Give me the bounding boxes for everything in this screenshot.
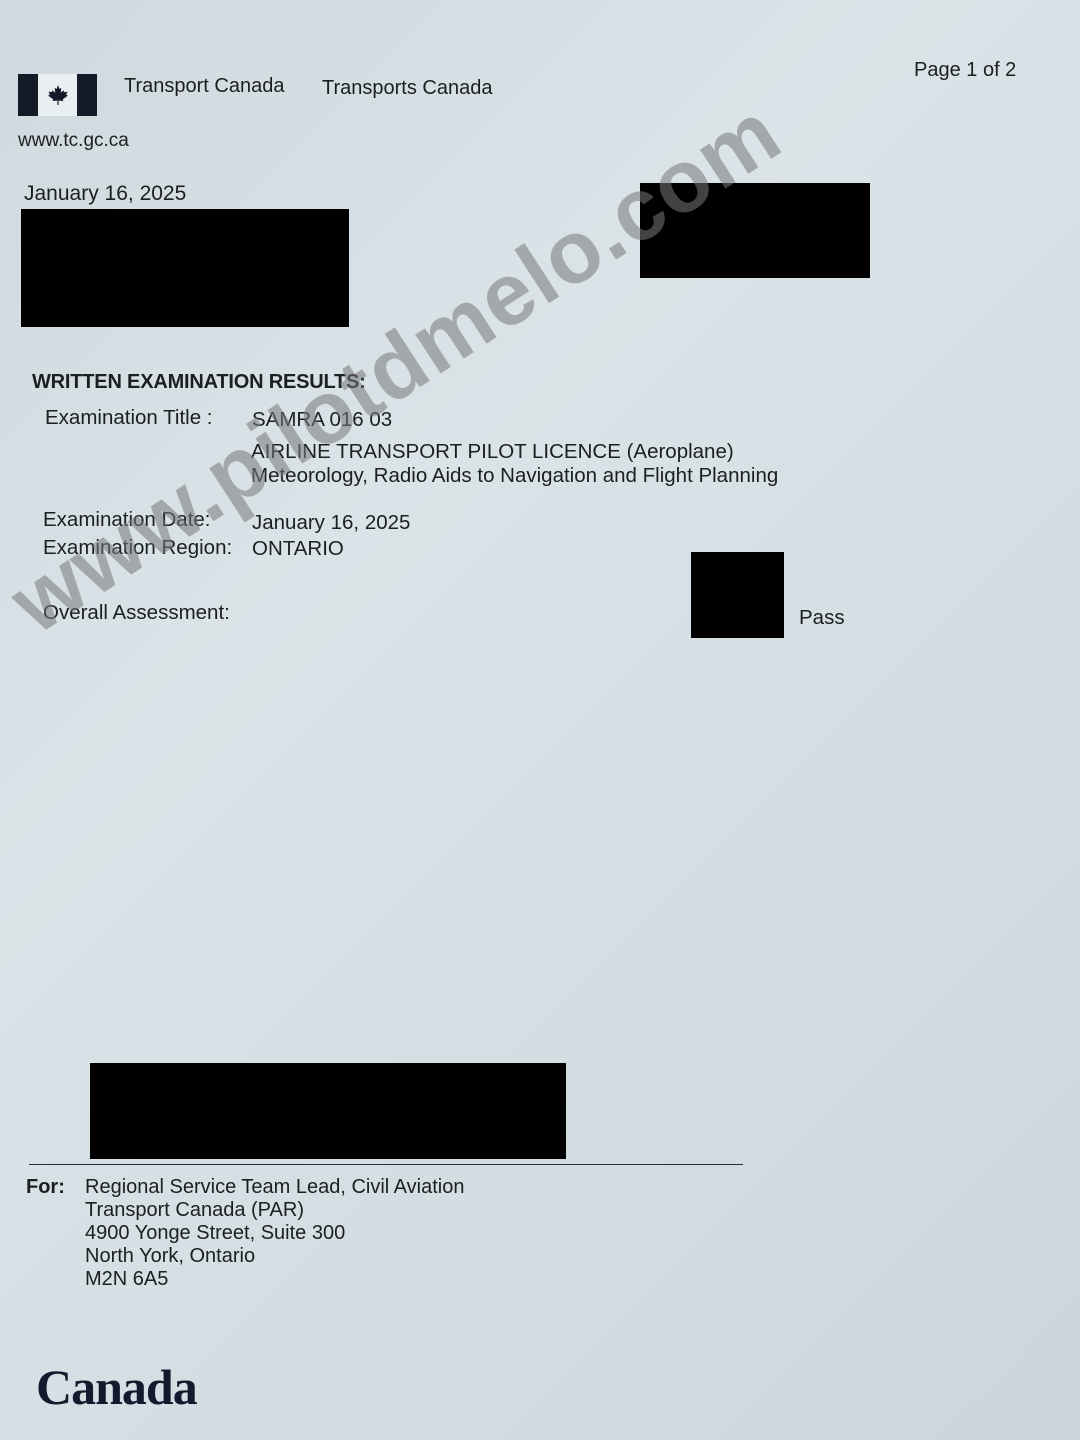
for-label: For:	[26, 1176, 65, 1199]
exam-title-label: Examination Title :	[45, 406, 213, 430]
maple-leaf-icon	[47, 84, 69, 106]
watermark: www.pilotdmelo.com	[0, 81, 798, 654]
department-name-en: Transport Canada	[124, 75, 284, 98]
exam-date-value: January 16, 2025	[252, 511, 410, 535]
department-name-fr: Transports Canada	[322, 77, 492, 100]
letter-date: January 16, 2025	[24, 182, 186, 206]
canada-wordmark: Canada	[36, 1358, 197, 1416]
address-line: Regional Service Team Lead, Civil Aviati…	[85, 1176, 464, 1199]
address-line: 4900 Yonge Street, Suite 300	[85, 1222, 464, 1245]
canada-flag-icon	[18, 74, 97, 116]
address-line: Transport Canada (PAR)	[85, 1199, 464, 1222]
address-line: M2N 6A5	[85, 1268, 464, 1291]
address-line: North York, Ontario	[85, 1245, 464, 1268]
canada-wordmark-text: Canada	[36, 1359, 197, 1415]
redacted-score	[691, 552, 784, 638]
exam-region-value: ONTARIO	[252, 537, 344, 561]
signature-line	[29, 1164, 743, 1165]
signatory-address: Regional Service Team Lead, Civil Aviati…	[85, 1176, 464, 1291]
redacted-recipient-address	[21, 209, 349, 327]
page-indicator: Page 1 of 2	[914, 59, 1016, 82]
website-link[interactable]: www.tc.gc.ca	[18, 130, 129, 152]
assessment-value: Pass	[799, 606, 845, 630]
redacted-signature	[90, 1063, 566, 1159]
